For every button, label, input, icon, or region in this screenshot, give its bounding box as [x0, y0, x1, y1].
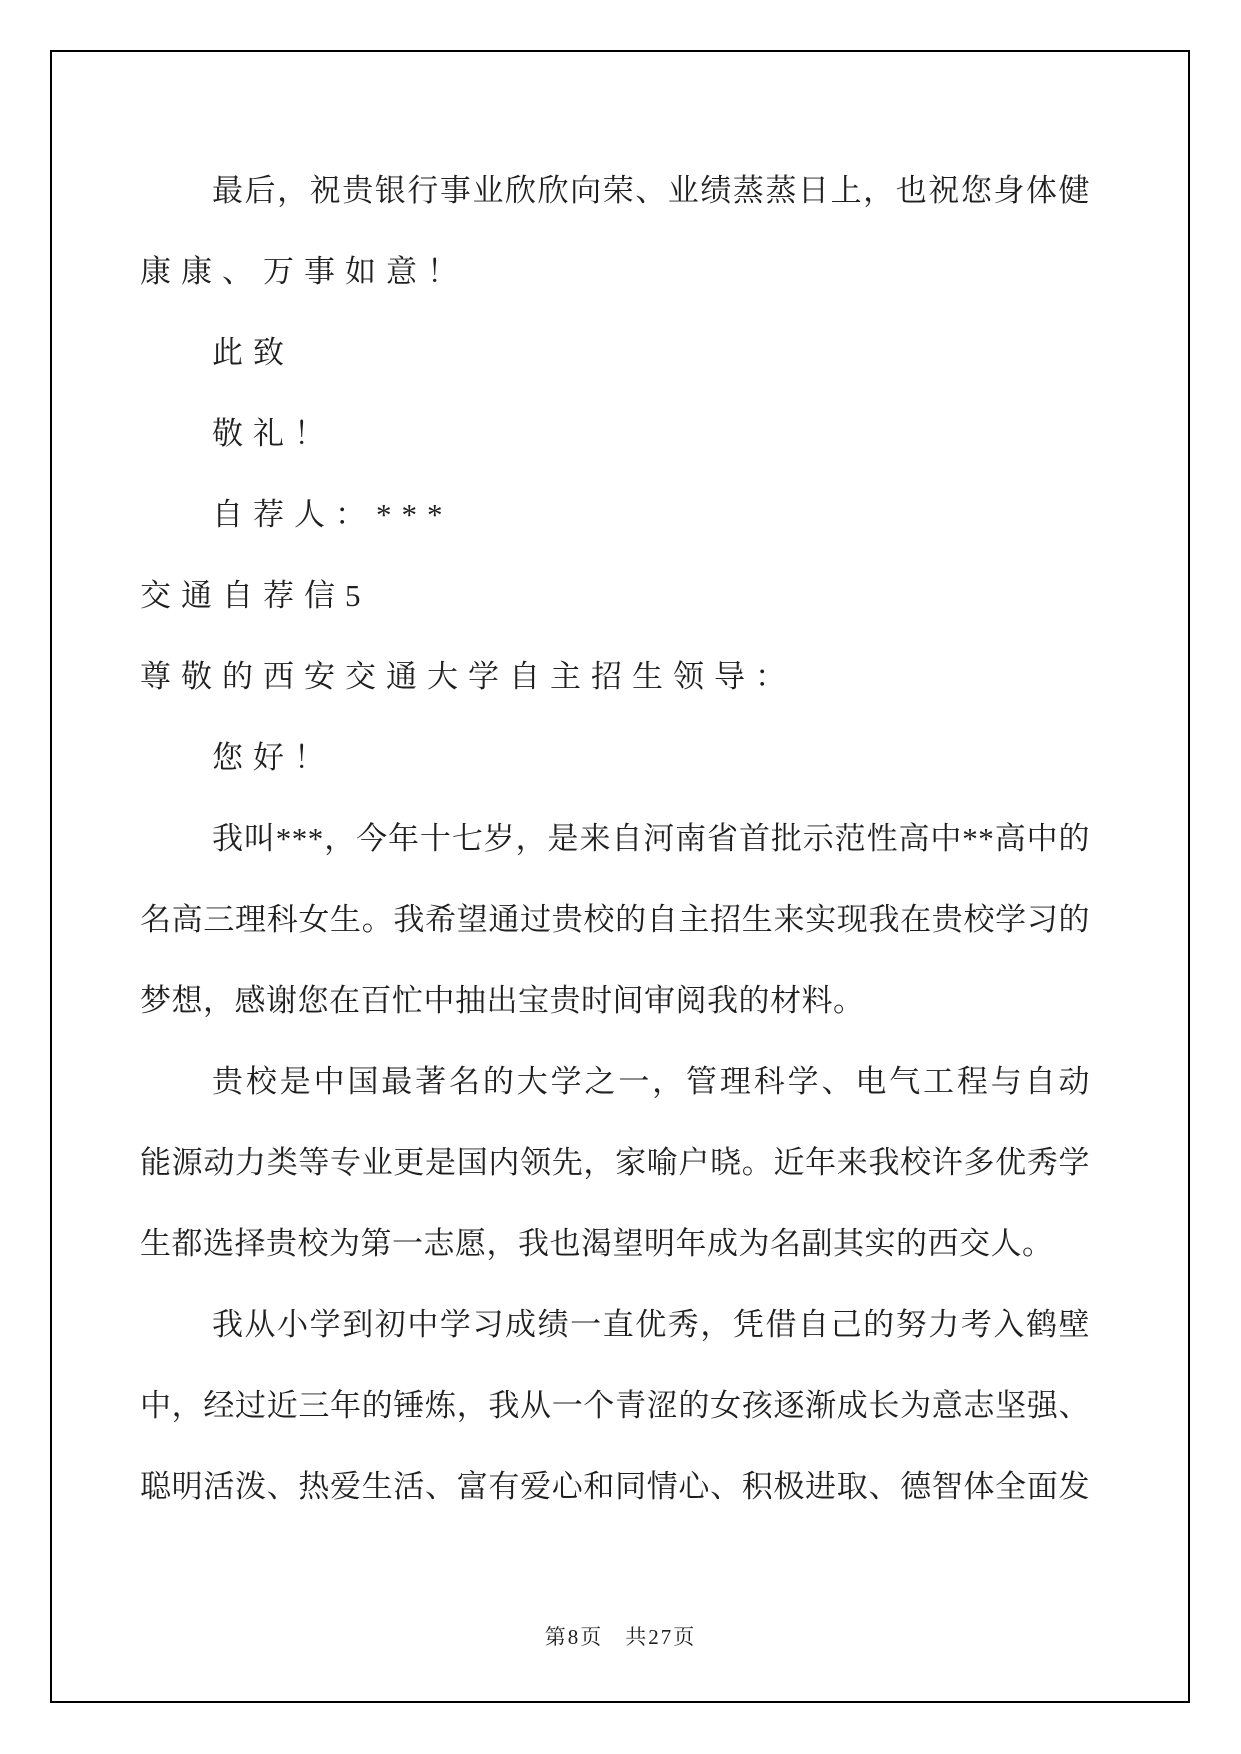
- text-line: 生都选择贵校为第一志愿，我也渴望明年成为名副其实的西交人。: [140, 1203, 1090, 1284]
- text-line: 康康、万事如意！: [140, 231, 1090, 312]
- text-line: 自荐人：***: [140, 474, 1090, 555]
- page-footer: 第8页共27页: [0, 1612, 1241, 1662]
- text-line: 敬礼！: [140, 393, 1090, 474]
- text-line: 我从小学到初中学习成绩一直优秀，凭借自己的努力考入鹤壁高: [140, 1284, 1090, 1365]
- text-line: 梦想，感谢您在百忙中抽出宝贵时间审阅我的材料。: [140, 960, 1090, 1041]
- text-line: 您好！: [140, 717, 1090, 798]
- text-line: 中，经过近三年的锤炼，我从一个青涩的女孩逐渐成长为意志坚强、: [140, 1365, 1090, 1446]
- text-line: 最后，祝贵银行事业欣欣向荣、业绩蒸蒸日上，也祝您身体健健: [140, 150, 1090, 231]
- text-line: 尊敬的西安交通大学自主招生领导：: [140, 636, 1090, 717]
- text-line: 我叫***，今年十七岁，是来自河南省首批示范性高中**高中的一: [140, 798, 1090, 879]
- text-line: 贵校是中国最著名的大学之一，管理科学、电气工程与自动化、: [140, 1041, 1090, 1122]
- text-line: 名高三理科女生。我希望通过贵校的自主招生来实现我在贵校学习的: [140, 879, 1090, 960]
- text-line: 此致: [140, 312, 1090, 393]
- text-line: 交通自荐信5: [140, 555, 1090, 636]
- footer-total-pages: 共27页: [625, 1625, 696, 1649]
- text-line: 能源动力类等专业更是国内领先，家喻户晓。近年来我校许多优秀学: [140, 1122, 1090, 1203]
- text-line: 聪明活泼、热爱生活、富有爱心和同情心、积极进取、德智体全面发: [140, 1446, 1090, 1527]
- document-page: 最后，祝贵银行事业欣欣向荣、业绩蒸蒸日上，也祝您身体健健康康、万事如意！此致敬礼…: [0, 0, 1241, 1754]
- document-body: 最后，祝贵银行事业欣欣向荣、业绩蒸蒸日上，也祝您身体健健康康、万事如意！此致敬礼…: [140, 150, 1090, 1527]
- footer-page-number: 第8页: [545, 1625, 604, 1649]
